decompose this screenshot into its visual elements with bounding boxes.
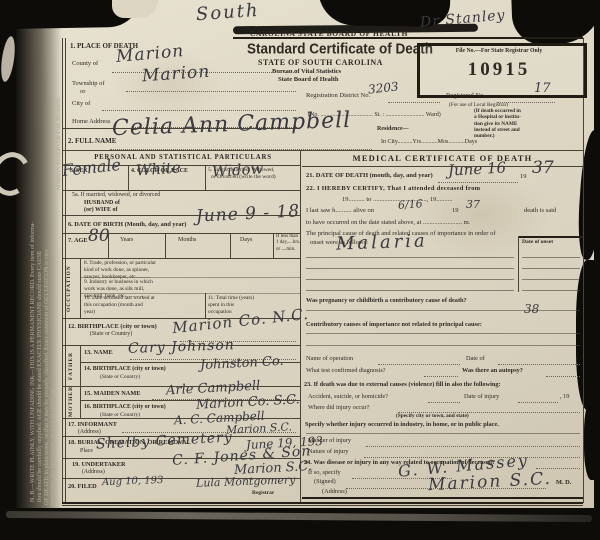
scan-shadow — [576, 260, 600, 410]
row19-label: 19. UNDERTAKER — [72, 461, 126, 469]
autopsy-label: Was there an autopsy? — [462, 367, 523, 375]
age-label: 7. AGE — [68, 237, 88, 245]
residence-label: Residence— — [377, 126, 409, 134]
blank-line — [498, 363, 580, 365]
age-less-than-label: If less than 1 day,....hrs. or ....min. — [276, 234, 300, 253]
age-months-label: Months — [178, 237, 196, 245]
hospital-note: (If death occurred in a Hospital or inst… — [474, 108, 582, 139]
row10-label: 10. Date deceased last worked at this oc… — [84, 295, 155, 316]
age-value: 80 — [88, 228, 110, 245]
blank-line — [518, 401, 558, 403]
specify-where-note: Specify whether injury occurred in indus… — [305, 421, 499, 429]
township-or: or — [80, 88, 85, 96]
signed-label: (Signed) — [314, 478, 336, 486]
occurred-line: to have occurred on the date stated abov… — [306, 219, 470, 227]
blank-line — [110, 148, 372, 150]
cause-line — [306, 279, 514, 280]
dod-value: June 16 — [448, 160, 507, 178]
scan-edge-streak — [6, 511, 592, 522]
specify-city-note: (Specify city or town, and state) — [396, 413, 469, 420]
onset-line — [522, 257, 580, 258]
row14-label: 14. BIRTHPLACE (city or town) — [84, 366, 166, 373]
residence-line: In City..........Yrs...........Mos......… — [381, 139, 477, 147]
accident-label: Accident, suicide, or homicide? — [308, 393, 388, 401]
cell-line — [205, 293, 206, 318]
registrar-label: Registrar — [252, 490, 274, 497]
row5a-wife: (or) WIFE of — [84, 207, 118, 215]
row-line — [62, 190, 300, 191]
row5a-label: 5a. If married, widowed, or divorced — [72, 192, 160, 200]
blank-rule — [306, 433, 580, 434]
county-label: County of — [72, 60, 98, 68]
contributory-value: 38 — [524, 303, 539, 315]
frame-line — [302, 497, 583, 499]
blank-line — [546, 375, 580, 377]
operation-label: Name of operation — [306, 355, 353, 363]
row17-address: Marion S.C. — [226, 421, 292, 435]
address-label: (Address) — [322, 488, 347, 496]
row19-sublabel: (Address) — [82, 469, 105, 476]
marital-value: Widow — [212, 161, 264, 180]
dod-19-preprint: 19 — [520, 173, 527, 181]
lastsaw-tail: death is said — [524, 207, 556, 215]
row12-label: 12. BIRTHPLACE (city or town) — [68, 323, 157, 331]
file-box-label: File No.—For State Registrar Only — [420, 48, 578, 55]
age-years-label: Years — [120, 237, 133, 245]
frame-line — [62, 505, 583, 506]
registration-district-label: Registration District No. — [306, 92, 370, 100]
frame-line — [62, 502, 583, 504]
dod-label: 21. DATE OF DEATH (month, day, and year) — [306, 172, 433, 180]
row-line — [62, 150, 583, 151]
row-line — [80, 277, 300, 278]
row17-label: 17. INFORMANT — [68, 421, 117, 429]
onset-line — [522, 290, 580, 291]
margin-note: tion should be carefully supplied. AGE s… — [37, 251, 43, 502]
row23-label: 23. If death was due to external causes … — [304, 381, 501, 389]
row20-label: 20. FILED — [68, 483, 97, 491]
dob-label: 6. DATE OF BIRTH (Month, day, and year) — [68, 221, 186, 229]
test-label: What test confirmed diagnosis? — [306, 367, 386, 375]
cell-line — [128, 165, 129, 190]
cause-line — [306, 257, 514, 258]
township-value: Marion — [141, 64, 210, 86]
lastsaw-label: I last saw h.......... alive on — [306, 207, 374, 215]
row13-value: Cary Johnson — [128, 338, 235, 356]
onset-line — [522, 279, 580, 280]
scanned-death-certificate: N. B.—WRITE PLAINLY, WITH UNFADING INK—T… — [0, 0, 600, 540]
row20-date-value: Aug 10, 193 — [102, 476, 164, 488]
ifso-label: If so, specify — [308, 469, 341, 477]
row-line — [62, 258, 300, 259]
full-name-label: 2. FULL NAME — [68, 137, 116, 146]
injury-date-label: Date of injury — [464, 393, 499, 401]
state-line: STATE OF SOUTH CAROLINA — [258, 58, 383, 68]
age-days-label: Days — [240, 237, 252, 245]
lastsaw-year-value: 37 — [466, 199, 480, 210]
certify-line1: 22. I HEREBY CERTIFY, That I attended de… — [306, 185, 480, 193]
contributory-label: Contributory causes of importance not re… — [306, 321, 482, 329]
board-header: CAROLINA STATE BOARD OF HEALTH — [250, 29, 408, 38]
cause-of-death-value: Malaria — [336, 232, 428, 253]
nature-label: Nature of injury — [308, 448, 349, 456]
certificate-title: Standard Certificate of Death — [247, 40, 433, 59]
occupation-vertical-label: OCCUPATION — [66, 261, 72, 317]
injury-year-label: , 19 — [560, 393, 569, 401]
dod-year-value: 37 — [532, 160, 554, 177]
onset-cell-line — [518, 236, 583, 238]
row-line — [80, 293, 300, 294]
blank-line — [388, 101, 440, 103]
where-injury-label: Where did injury occur? — [308, 404, 369, 412]
cell-line — [80, 345, 81, 418]
onset-label: Date of onset — [522, 239, 553, 246]
blank-rule — [306, 345, 580, 346]
cell-line — [205, 165, 206, 190]
blank-line — [424, 375, 458, 377]
row16-label: 16. BIRTHPLACE (city or town) — [84, 404, 166, 411]
md-label: M. D. — [556, 479, 571, 487]
handwritten-page-note: South — [195, 2, 260, 24]
race-value: White — [136, 160, 182, 178]
registered-no-value: 17 — [534, 82, 551, 95]
row13-label: 13. NAME — [84, 349, 113, 357]
row14-sublabel: (State or Country) — [100, 374, 140, 381]
file-number: 10915 — [420, 58, 578, 82]
blank-line — [378, 363, 460, 365]
lastsaw-19-preprint: 19 — [452, 207, 459, 215]
blank-line — [438, 181, 518, 183]
row18-sublabel: Place — [80, 448, 93, 456]
onset-line — [522, 268, 580, 269]
operation-date-label: Date of — [466, 355, 485, 363]
mother-vertical-label: MOTHER — [68, 389, 74, 417]
margin-note: important. See instructions on back of c… — [50, 387, 56, 505]
blank-line — [366, 445, 580, 447]
row12-sublabel: (State or Country) — [90, 331, 132, 338]
father-vertical-label: FATHER — [68, 347, 74, 385]
cell-line — [165, 233, 166, 258]
blank-line — [428, 401, 460, 403]
registration-district-value: 3203 — [367, 80, 399, 95]
registrar-signature: Lula Montgomery — [196, 474, 296, 488]
frame-line — [62, 38, 63, 503]
cause-line — [306, 268, 514, 269]
scan-shadow — [584, 400, 600, 480]
township-label: Township of — [72, 80, 105, 88]
onset-cell-line — [518, 236, 519, 292]
registered-no-label: Registered No. — [446, 92, 485, 100]
pregnancy-label: Was pregnancy or childbirth a contributo… — [306, 297, 467, 305]
cell-line — [230, 233, 231, 258]
cell-line — [80, 258, 81, 318]
frame-line — [583, 38, 584, 503]
home-address-label: Home Address — [72, 118, 110, 126]
margin-note: N. B.—WRITE PLAINLY, WITH UNFADING INK—T… — [30, 222, 36, 502]
manner-label: Manner of injury — [308, 437, 351, 445]
city-label: City of — [72, 100, 90, 108]
blank-line — [126, 90, 296, 92]
row15-label: 15. MAIDEN NAME — [84, 390, 141, 398]
blank-rule — [306, 333, 580, 334]
cell-line — [273, 233, 274, 258]
lastsaw-value: 6/16 — [398, 198, 423, 211]
board-line: State Board of Health — [278, 76, 338, 84]
cause-line — [306, 290, 514, 291]
scan-artifact — [0, 35, 17, 82]
